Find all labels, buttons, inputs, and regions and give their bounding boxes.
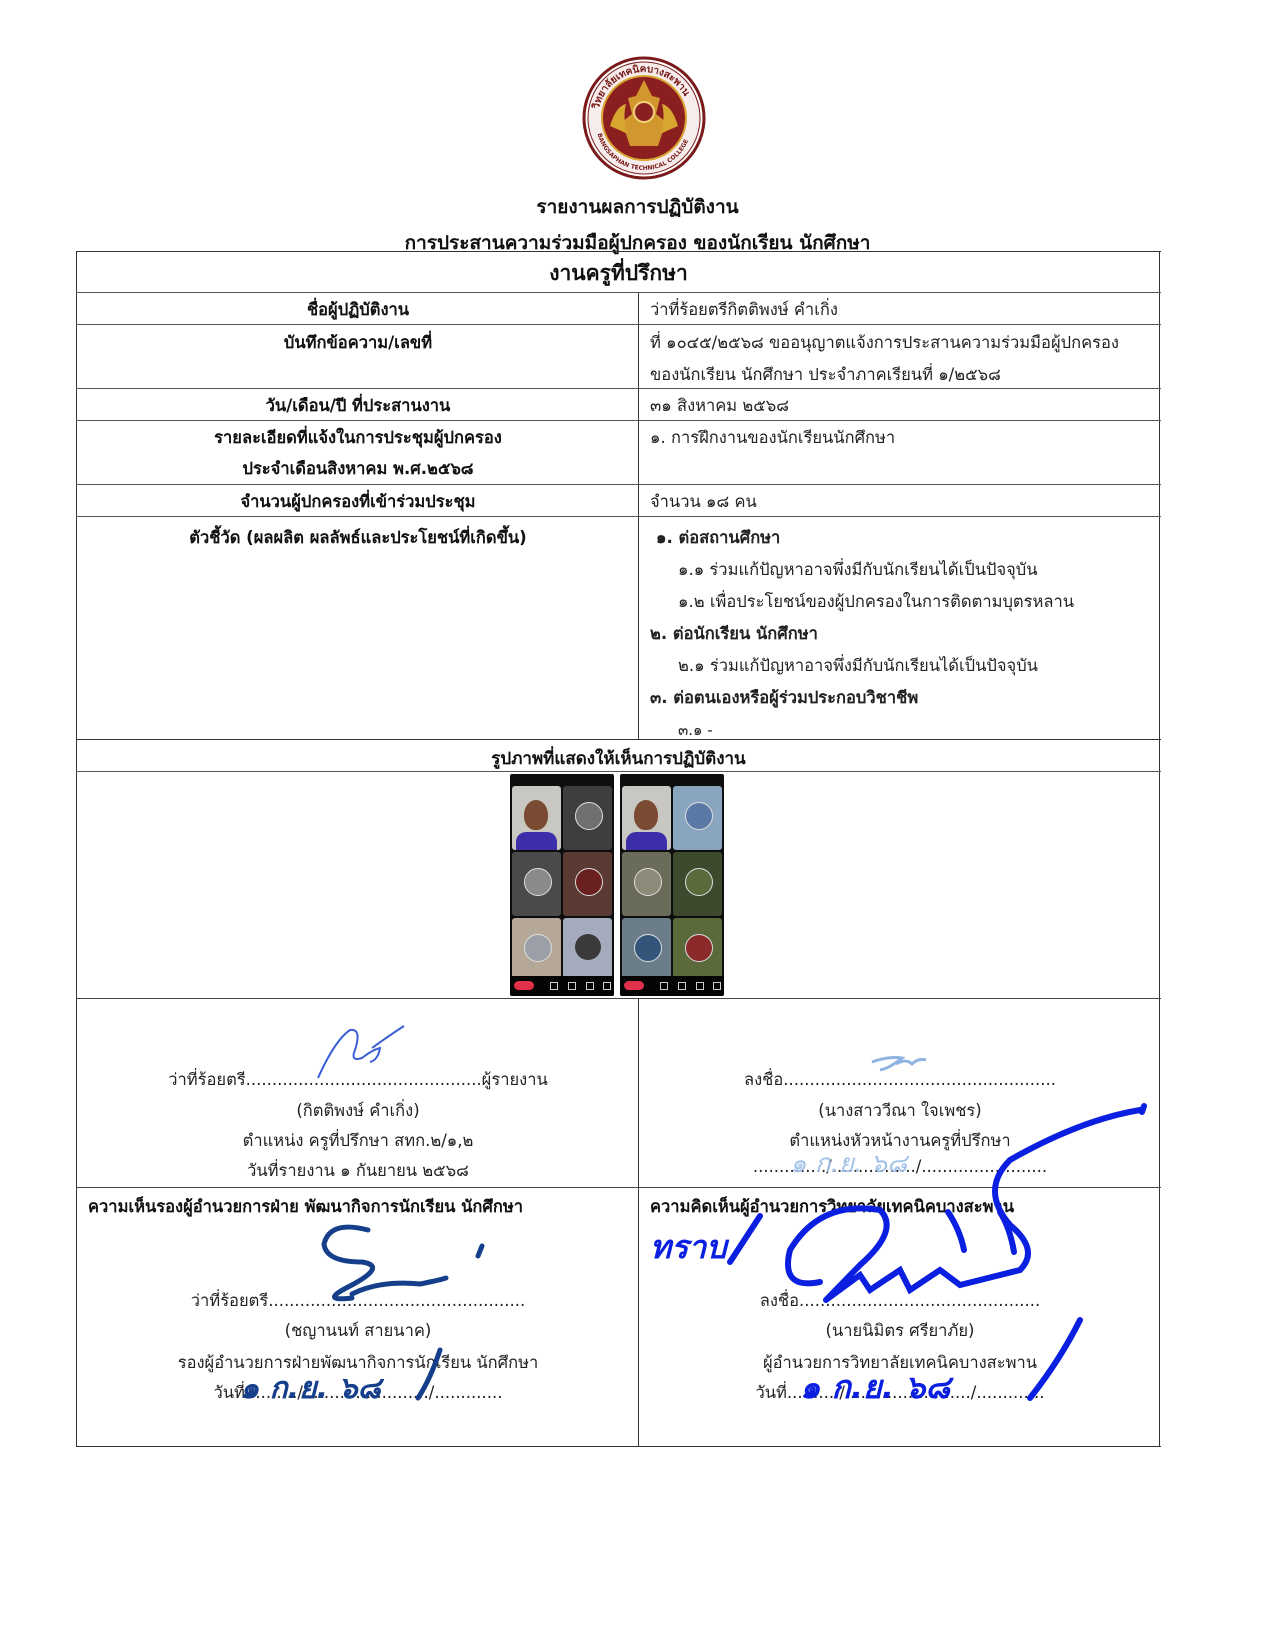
row-divider	[76, 771, 1161, 772]
table-border-right	[1159, 251, 1160, 1447]
director-position: ผู้อำนวยการวิทยาลัยเทคนิคบางสะพาน	[640, 1348, 1160, 1378]
row-divider	[76, 388, 1161, 389]
deputy-date: วันที่........../.......................…	[78, 1378, 638, 1408]
indicators-list: ๑. ต่อสถานศึกษา ๑.๑ ร่วมแก้ปัญหาอาจพึ่งม…	[656, 522, 1161, 746]
label-meeting-details-line1: รายละเอียดที่แจ้งในการประชุมผู้ปกครอง	[78, 422, 638, 454]
row-divider	[76, 1187, 1161, 1188]
indicator-item: ๓.๑ -	[656, 714, 1161, 746]
director-handwritten-comment: ทราบ	[650, 1228, 730, 1266]
reporter-signature-line: ว่าที่ร้อยตรี...........................…	[78, 1065, 638, 1095]
indicator-group-heading: ๑. ต่อสถานศึกษา	[656, 522, 1161, 554]
director-date: วันที่........../.......................…	[640, 1378, 1160, 1408]
indicator-group-heading: ๓. ต่อตนเองหรือผู้ร่วมประกอบวิชาชีพ	[650, 682, 1161, 714]
indicator-item: ๑.๒ เพื่อประโยชน์ของผู้ปกครองในการติดตาม…	[656, 586, 1161, 618]
label-operator-name: ชื่อผู้ปฏิบัติงาน	[78, 294, 638, 326]
row-divider	[76, 739, 1161, 740]
college-emblem-icon: วิทยาลัยเทคนิคบางสะพาน BANGSAPHAN TECHNI…	[582, 56, 706, 180]
deputy-position: รองผู้อำนวยการฝ่ายพัฒนากิจการนักเรียน นั…	[78, 1348, 638, 1378]
label-indicators: ตัวชี้วัด (ผลผลิต ผลลัพธ์และประโยชน์ที่เ…	[78, 522, 638, 554]
signature-column-divider	[638, 998, 639, 1447]
table-border-left	[76, 251, 77, 1447]
document-subtitle: การประสานความร่วมมือผู้ปกครอง ของนักเรีย…	[0, 228, 1275, 258]
table-border-bottom	[76, 1446, 1161, 1447]
deputy-signature-line: ว่าที่ร้อยตรี...........................…	[78, 1286, 638, 1316]
video-call-screenshot-2	[620, 774, 724, 996]
director-opinion-heading: ความคิดเห็นผู้อำนวยการวิทยาลัยเทคนิคบางส…	[650, 1194, 1014, 1220]
head-teacher-signature-line: ลงชื่อ..................................…	[640, 1065, 1160, 1095]
indicator-item: ๑.๑ ร่วมแก้ปัญหาอาจพึ่งมีกับนักเรียนได้เ…	[656, 554, 1161, 586]
value-coordination-date: ๓๑ สิงหาคม ๒๕๖๘	[650, 390, 1155, 422]
row-divider	[76, 324, 1161, 325]
video-call-screenshot-1	[510, 774, 614, 996]
indicator-item: ๒.๑ ร่วมแก้ปัญหาอาจพึ่งมีกับนักเรียนได้เ…	[656, 650, 1161, 682]
section-title: งานครูที่ปรึกษา	[76, 257, 1161, 290]
label-coordination-date: วัน/เดือน/ปี ที่ประสานงาน	[78, 390, 638, 422]
label-memo-number: บันทึกข้อความ/เลขที่	[78, 327, 638, 359]
document-title: รายงานผลการปฏิบัติงาน	[0, 192, 1275, 222]
director-signature-line: ลงชื่อ..................................…	[640, 1286, 1160, 1316]
label-meeting-details-line2: ประจำเดือนสิงหาคม พ.ศ.๒๕๖๘	[78, 453, 638, 485]
head-teacher-date: ............../................/........…	[640, 1152, 1160, 1182]
indicator-group-heading: ๒. ต่อนักเรียน นักศึกษา	[650, 618, 1161, 650]
value-memo-line2: ของนักเรียน นักศึกษา ประจำภาคเรียนที่ ๑/…	[650, 359, 1155, 391]
reporter-date: วันที่รายงาน ๑ กันยายน ๒๕๖๘	[78, 1156, 638, 1186]
director-name: (นายนิมิตร ศรียาภัย)	[640, 1316, 1160, 1346]
row-divider	[76, 998, 1161, 999]
label-parent-count: จำนวนผู้ปกครองที่เข้าร่วมประชุม	[78, 486, 638, 518]
photos-title: รูปภาพที่แสดงให้เห็นการปฏิบัติงาน	[76, 745, 1161, 772]
head-teacher-name: (นางสาววีณา ใจเพชร)	[640, 1096, 1160, 1126]
row-divider	[76, 420, 1161, 421]
deputy-opinion-heading: ความเห็นรองผู้อำนวยการฝ่าย พัฒนากิจการนั…	[88, 1194, 523, 1220]
reporter-name: (กิตติพงษ์ คำเกิ่ง)	[78, 1096, 638, 1126]
table-border-top	[76, 251, 1161, 252]
row-divider	[76, 292, 1161, 293]
value-meeting-details: ๑. การฝึกงานของนักเรียนนักศึกษา	[650, 422, 1155, 454]
value-memo-line1: ที่ ๑๐๔๕/๒๕๖๘ ขออนุญาตแจ้งการประสานความร…	[650, 327, 1155, 359]
row-divider	[76, 516, 1161, 517]
value-operator-name: ว่าที่ร้อยตรีกิตติพงษ์ คำเกิ่ง	[650, 294, 1155, 326]
college-emblem-logo: วิทยาลัยเทคนิคบางสะพาน BANGSAPHAN TECHNI…	[582, 56, 706, 180]
row-divider	[76, 484, 1161, 485]
reporter-position: ตำแหน่ง ครูที่ปรึกษา สทก.๒/๑,๒	[78, 1126, 638, 1156]
deputy-name: (ชญานนท์ สายนาค)	[78, 1316, 638, 1346]
value-parent-count: จำนวน ๑๘ คน	[650, 486, 1155, 518]
